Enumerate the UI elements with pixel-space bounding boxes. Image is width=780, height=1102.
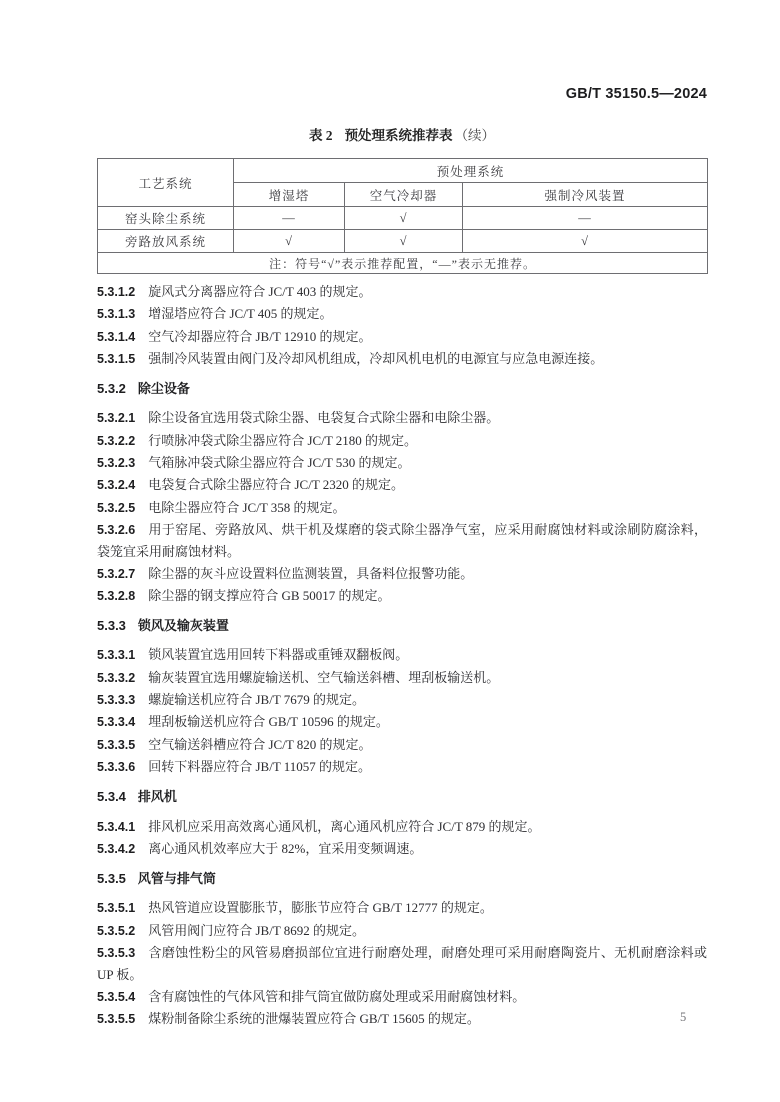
clause-5.3.2.3: 5.3.2.3气箱脉冲袋式除尘器应符合 JC/T 530 的规定。 [97,452,707,474]
clause-5.3.3.1: 5.3.3.1锁风装置宜选用回转下料器或重锤双翻板阀。 [97,644,707,666]
row-name-kiln-head: 窑头除尘系统 [98,207,234,230]
col-header-pretreatment-system: 预处理系统 [234,159,708,183]
table-row: 旁路放风系统 √ √ √ [98,230,708,253]
clause-5.3.4.2: 5.3.4.2离心通风机效率应大于 82%，宜采用变频调速。 [97,838,707,860]
row-name-bypass-vent: 旁路放风系统 [98,230,234,253]
table-row: 窑头除尘系统 — √ — [98,207,708,230]
cell-value: √ [463,230,708,253]
col-header-process-system: 工艺系统 [98,159,234,207]
pretreatment-recommendation-table: 工艺系统 预处理系统 增湿塔 空气冷却器 强制冷风装置 窑头除尘系统 — √ —… [97,158,708,274]
clause-5.3.2.4: 5.3.2.4电袋复合式除尘器应符合 JC/T 2320 的规定。 [97,474,707,496]
table-title-text: 预处理系统推荐表 [345,128,453,143]
clause-5.3.2.6: 5.3.2.6用于窑尾、旁路放风、烘干机及煤磨的袋式除尘器净气室，应采用耐腐蚀材… [97,519,707,563]
table-number: 表 2 [309,128,333,143]
table-title: 表 2预处理系统推荐表（续） [97,124,707,144]
clause-5.3.1.2: 5.3.1.2旋风式分离器应符合 JC/T 403 的规定。 [97,281,707,303]
clause-5.3.5.5: 5.3.5.5煤粉制备除尘系统的泄爆装置应符合 GB/T 15605 的规定。 [97,1008,707,1030]
cell-value: — [234,207,345,230]
table-title-continued: （续） [455,128,496,143]
standard-code-header: GB/T 35150.5—2024 [97,0,707,102]
clause-5.3.3.2: 5.3.3.2输灰装置宜选用螺旋输送机、空气输送斜槽、埋刮板输送机。 [97,667,707,689]
clause-5.3.3.6: 5.3.3.6回转下料器应符合 JB/T 11057 的规定。 [97,756,707,778]
clause-5.3.1.5: 5.3.1.5强制冷风装置由阀门及冷却风机组成，冷却风机电机的电源宜与应急电源连… [97,348,707,370]
cell-value: — [463,207,708,230]
clause-5.3.5.1: 5.3.5.1热风管道应设置膨胀节，膨胀节应符合 GB/T 12777 的规定。 [97,897,707,919]
clause-5.3.2.2: 5.3.2.2行喷脉冲袋式除尘器应符合 JC/T 2180 的规定。 [97,430,707,452]
clause-5.3.1.4: 5.3.1.4空气冷却器应符合 JB/T 12910 的规定。 [97,326,707,348]
clause-5.3.2.7: 5.3.2.7除尘器的灰斗应设置料位监测装置，具备料位报警功能。 [97,563,707,585]
clause-5.3.2.1: 5.3.2.1除尘设备宜选用袋式除尘器、电袋复合式除尘器和电除尘器。 [97,407,707,429]
section-heading-5.3.4: 5.3.4排风机 [97,786,707,807]
clause-5.3.1.3: 5.3.1.3增湿塔应符合 JC/T 405 的规定。 [97,303,707,325]
col-header-air-cooler: 空气冷却器 [345,183,463,207]
clause-5.3.2.8: 5.3.2.8除尘器的钢支撑应符合 GB 50017 的规定。 [97,585,707,607]
page-content: GB/T 35150.5—2024 表 2预处理系统推荐表（续） 工艺系统 预处… [97,0,707,1030]
clause-5.3.3.3: 5.3.3.3螺旋输送机应符合 JB/T 7679 的规定。 [97,689,707,711]
page-number: 5 [680,1010,686,1025]
clause-list: 5.3.1.2旋风式分离器应符合 JC/T 403 的规定。 5.3.1.3增湿… [97,281,707,1030]
clause-5.3.5.3: 5.3.5.3含磨蚀性粉尘的风管易磨损部位宜进行耐磨处理，耐磨处理可采用耐磨陶瓷… [97,942,707,986]
cell-value: √ [345,207,463,230]
clause-5.3.5.2: 5.3.5.2风管用阀门应符合 JB/T 8692 的规定。 [97,920,707,942]
clause-5.3.5.4: 5.3.5.4含有腐蚀性的气体风管和排气筒宜做防腐处理或采用耐腐蚀材料。 [97,986,707,1008]
col-header-humidifier-tower: 增湿塔 [234,183,345,207]
section-heading-5.3.5: 5.3.5风管与排气筒 [97,868,707,889]
table-note: 注：符号“√”表示推荐配置，“—”表示无推荐。 [98,253,708,274]
clause-5.3.2.5: 5.3.2.5电除尘器应符合 JC/T 358 的规定。 [97,497,707,519]
cell-value: √ [345,230,463,253]
section-heading-5.3.2: 5.3.2除尘设备 [97,378,707,399]
clause-5.3.4.1: 5.3.4.1排风机应采用高效离心通风机，离心通风机应符合 JC/T 879 的… [97,816,707,838]
document-page: GB/T 35150.5—2024 表 2预处理系统推荐表（续） 工艺系统 预处… [0,0,780,1102]
cell-value: √ [234,230,345,253]
section-heading-5.3.3: 5.3.3锁风及输灰装置 [97,615,707,636]
clause-5.3.3.4: 5.3.3.4埋刮板输送机应符合 GB/T 10596 的规定。 [97,711,707,733]
col-header-forced-cooling-device: 强制冷风装置 [463,183,708,207]
clause-5.3.3.5: 5.3.3.5空气输送斜槽应符合 JC/T 820 的规定。 [97,734,707,756]
